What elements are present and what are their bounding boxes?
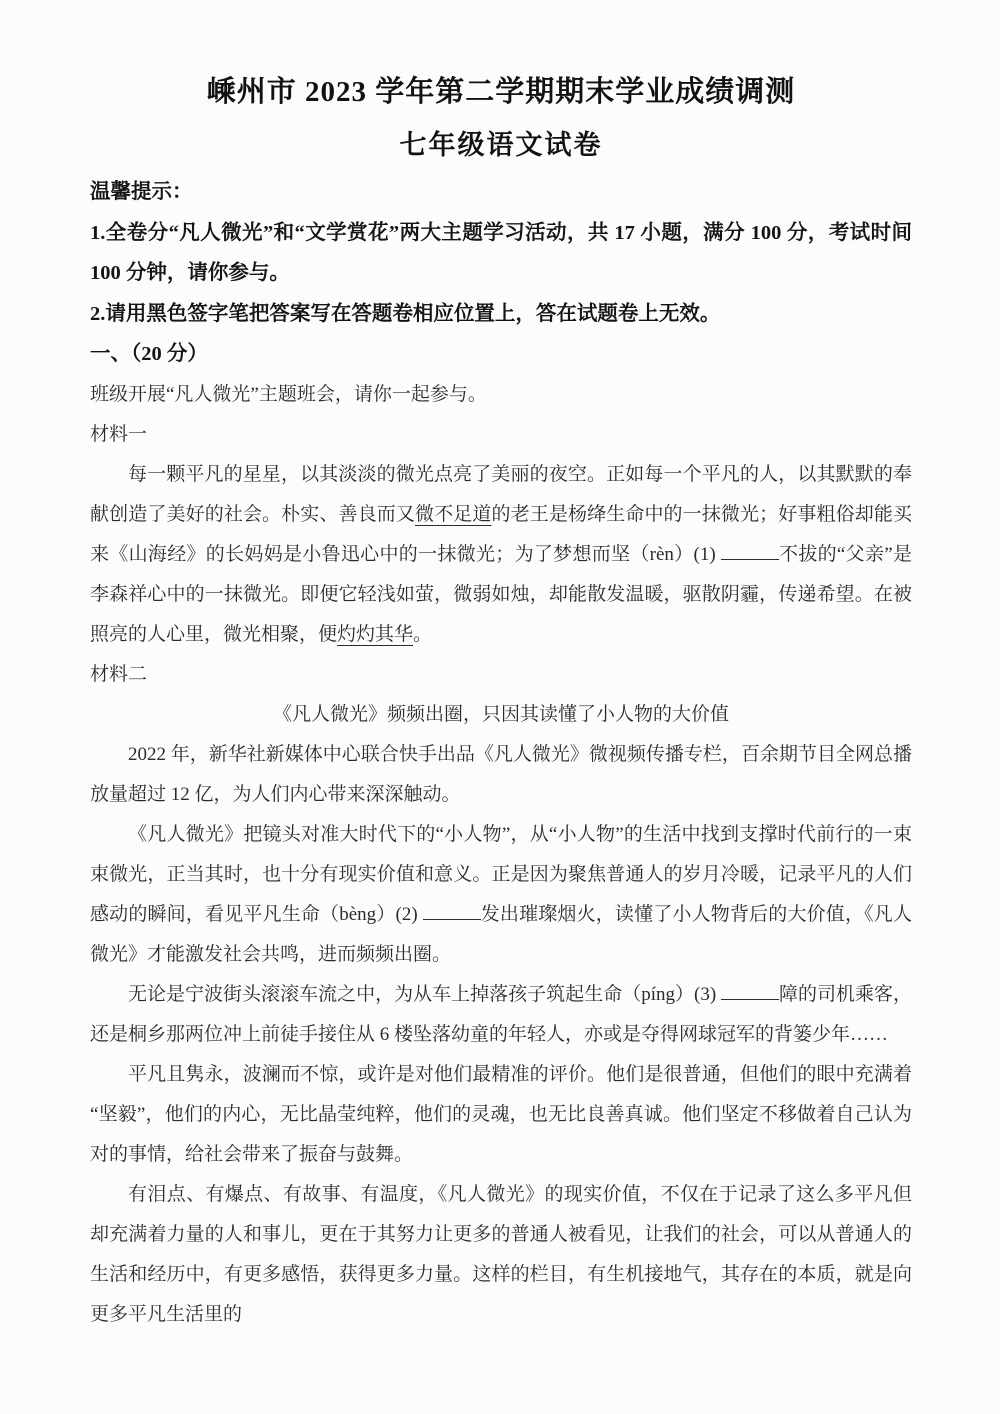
fill-in-blank [423,900,481,919]
section-1-heading: 一、（20 分） [90,334,912,375]
material-2-paragraph-3: 无论是宁波街头滚滚车流之中，为从车上掉落孩子筑起生命（píng）(3) 障的司机… [90,975,912,1055]
fill-in-blank [721,540,779,559]
notice-item-2: 2.请用黑色签字笔把答案写在答题卷相应位置上，答在试题卷上无效。 [90,294,912,335]
exam-subtitle: 七年级语文试卷 [90,118,912,172]
text-run: 。 [413,624,432,645]
notice-item-1: 1.全卷分“凡人微光”和“文学赏花”两大主题学习活动，共 17 小题，满分 10… [90,213,912,294]
underlined-term: 灼灼其华 [337,624,413,645]
material-2-label: 材料二 [90,655,912,695]
material-2-paragraph-2: 《凡人微光》把镜头对准大时代下的“小人物”，从“小人物”的生活中找到支撑时代前行… [90,815,912,975]
text-run: 有泪点、有爆点、有故事、有温度，《凡人微光》的现实价值，不仅在于记录了这么多平凡… [90,1184,912,1325]
material-2-paragraph-5: 有泪点、有爆点、有故事、有温度，《凡人微光》的现实价值，不仅在于记录了这么多平凡… [90,1175,912,1335]
text-run: 无论是宁波街头滚滚车流之中，为从车上掉落孩子筑起生命（píng）(3) [128,984,721,1005]
exam-paper-page: 嵊州市 2023 学年第二学期期末学业成绩调测 七年级语文试卷 温馨提示： 1.… [0,0,1000,1414]
text-run: 2022 年，新华社新媒体中心联合快手出品《凡人微光》微视频传播专栏，百余期节目… [90,744,912,805]
material-1-label: 材料一 [90,415,912,455]
underlined-term: 微不足道 [415,504,491,525]
material-2-title: 《凡人微光》频频出圈，只因其读懂了小人物的大价值 [90,695,912,735]
fill-in-blank [721,980,779,999]
exam-title: 嵊州市 2023 学年第二学期期末学业成绩调测 [90,66,912,118]
notice-heading: 温馨提示： [90,172,912,213]
material-2-paragraph-4: 平凡且隽永，波澜而不惊，或许是对他们最精准的评价。他们是很普通，但他们的眼中充满… [90,1055,912,1175]
text-run: 平凡且隽永，波澜而不惊，或许是对他们最精准的评价。他们是很普通，但他们的眼中充满… [90,1064,912,1165]
section-1-intro: 班级开展“凡人微光”主题班会，请你一起参与。 [90,375,912,415]
material-1-paragraph: 每一颗平凡的星星，以其淡淡的微光点亮了美丽的夜空。正如每一个平凡的人，以其默默的… [90,455,912,655]
material-2-paragraph-1: 2022 年，新华社新媒体中心联合快手出品《凡人微光》微视频传播专栏，百余期节目… [90,735,912,815]
